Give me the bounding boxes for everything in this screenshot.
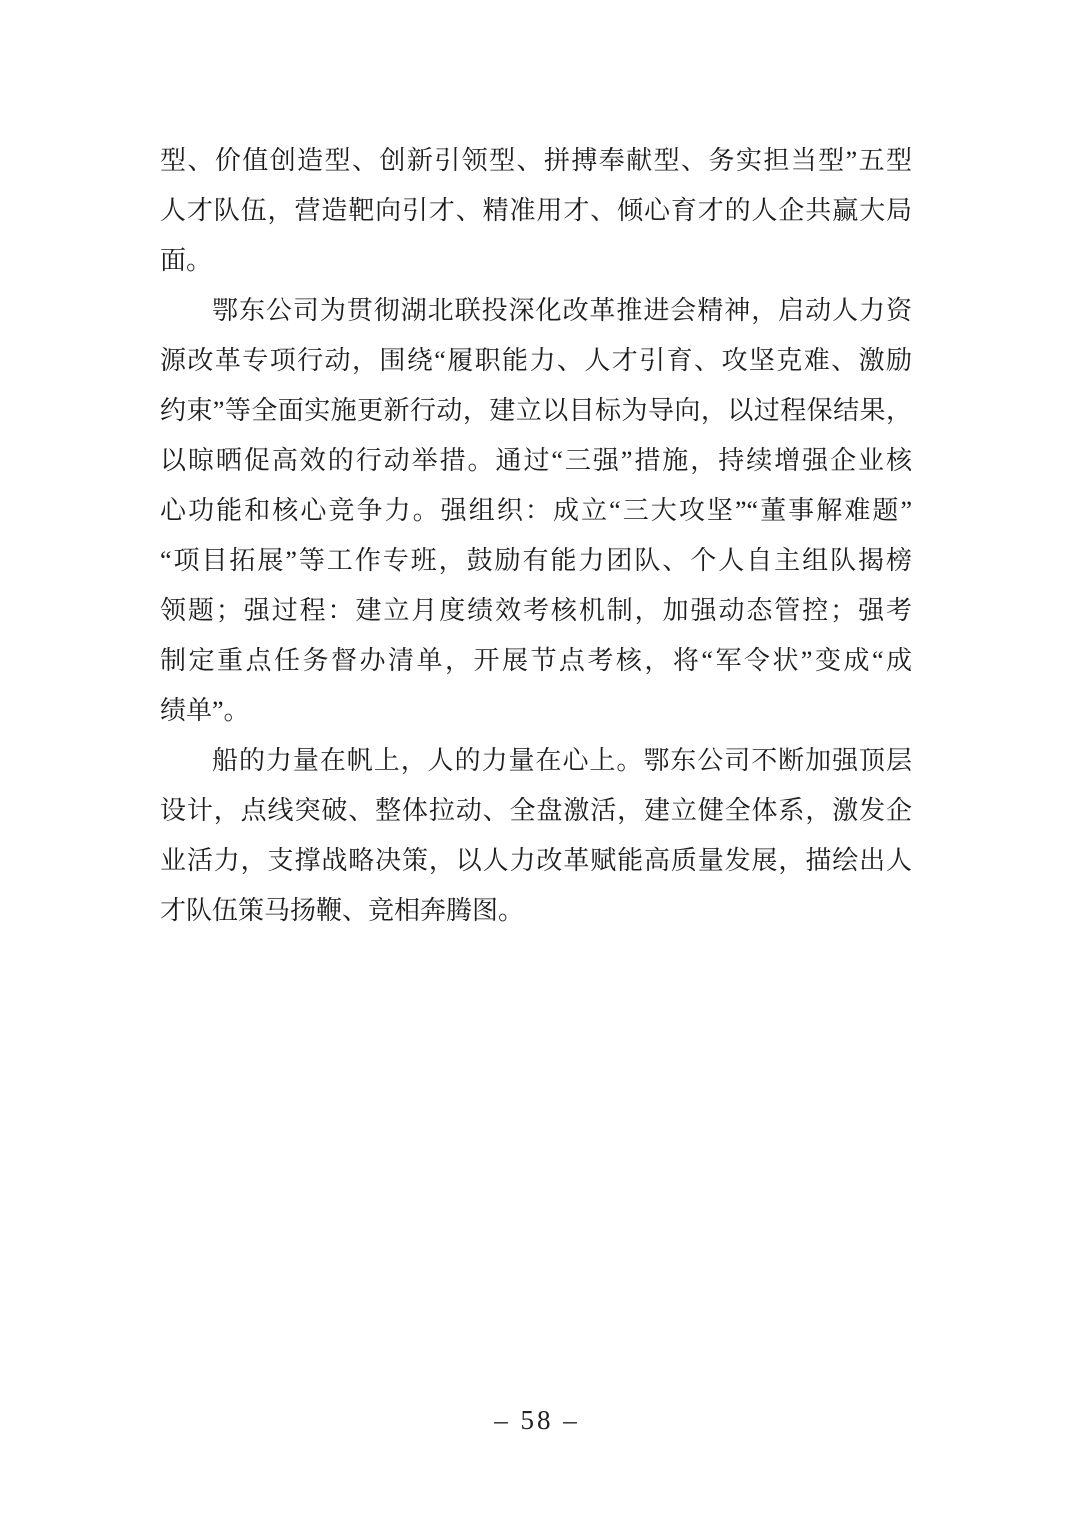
- text-line: 设计，点线突破、整体拉动、全盘激活，建立健全体系，激发企: [160, 786, 912, 836]
- text-line: 鄂东公司为贯彻湖北联投深化改革推进会精神，启动人力资: [160, 286, 912, 336]
- text-line: 制定重点任务督办清单，开展节点考核，将“军令状”变成“成: [160, 636, 912, 686]
- text-line: 以晾晒促高效的行动举措。通过“三强”措施，持续增强企业核: [160, 436, 912, 486]
- text-line: 才队伍策马扬鞭、竞相奔腾图。: [160, 886, 912, 936]
- page-footer: – 58 –: [0, 1405, 1074, 1436]
- text-line: 人才队伍，营造靶向引才、精准用才、倾心育才的人企共赢大局: [160, 186, 912, 236]
- text-line: 型、价值创造型、创新引领型、拼搏奉献型、务实担当型”五型: [160, 136, 912, 186]
- text-line: 约束”等全面实施更新行动，建立以目标为导向，以过程保结果，: [160, 386, 912, 436]
- page-number: – 58 –: [494, 1405, 580, 1435]
- text-line: 源改革专项行动，围绕“履职能力、人才引育、攻坚克难、激励: [160, 336, 912, 386]
- text-line: 船的力量在帆上，人的力量在心上。鄂东公司不断加强顶层: [160, 736, 912, 786]
- text-line: 业活力，支撑战略决策，以人力改革赋能高质量发展，描绘出人: [160, 836, 912, 886]
- document-body: 型、价值创造型、创新引领型、拼搏奉献型、务实担当型”五型 人才队伍，营造靶向引才…: [160, 136, 912, 936]
- text-line: 绩单”。: [160, 686, 912, 736]
- text-line: 领题；强过程：建立月度绩效考核机制，加强动态管控；强考核：: [160, 586, 912, 636]
- document-page: 型、价值创造型、创新引领型、拼搏奉献型、务实担当型”五型 人才队伍，营造靶向引才…: [0, 0, 1074, 1520]
- text-line: 面。: [160, 236, 912, 286]
- text-line: 心功能和核心竞争力。强组织：成立“三大攻坚”“董事解难题”: [160, 486, 912, 536]
- text-line: “项目拓展”等工作专班，鼓励有能力团队、个人自主组队揭榜: [160, 536, 912, 586]
